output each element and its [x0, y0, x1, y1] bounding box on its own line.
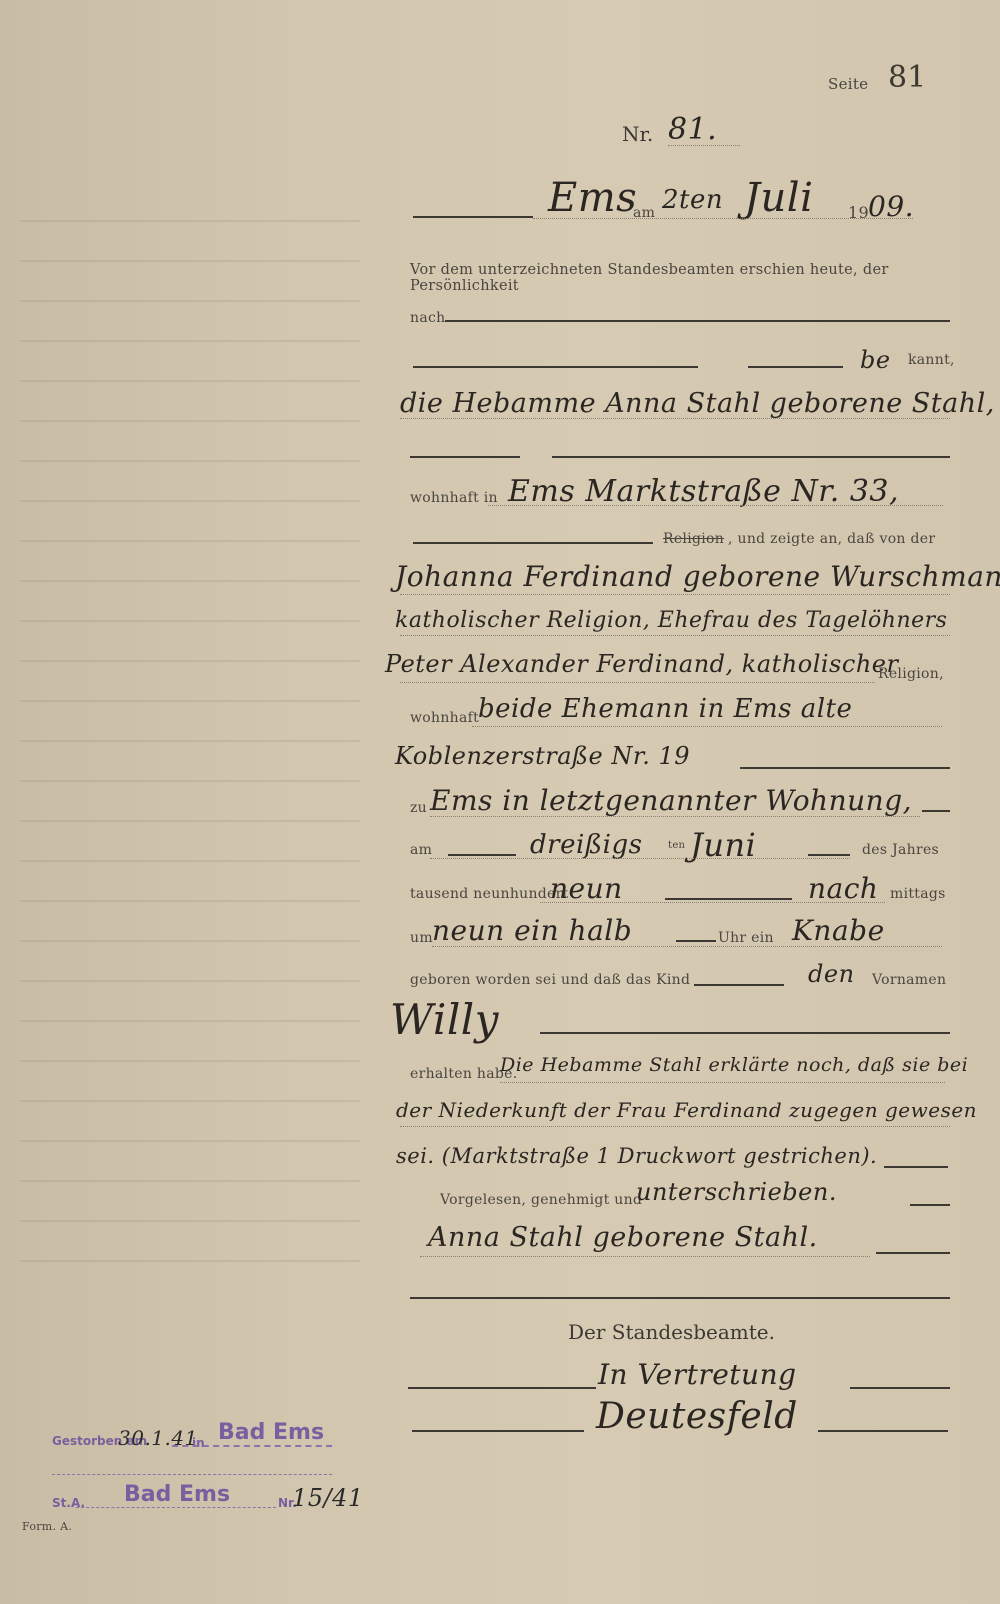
rule [552, 456, 950, 458]
declarant-residence: Ems Marktstraße Nr. 33, [508, 474, 899, 509]
rule [413, 216, 533, 218]
nr-dotted-line [668, 145, 740, 146]
declarant-signature: Anna Stahl geborene Stahl. [428, 1222, 818, 1253]
in-label: in [192, 1436, 205, 1450]
sta-place: Bad Ems [124, 1482, 230, 1507]
remarks-line-3: sei. (Marktstraße 1 Druckwort gestrichen… [396, 1144, 877, 1168]
rule [413, 542, 653, 544]
rule [410, 456, 520, 458]
unterschrieben-handwritten: unterschrieben. [636, 1178, 837, 1206]
mittags-label: mittags [890, 886, 946, 902]
stamp-line [52, 1474, 332, 1475]
stamp-line [172, 1445, 332, 1447]
registrar-signature: Deutesfeld [596, 1396, 798, 1437]
vorgelesen-text: Vorgelesen, genehmigt und [440, 1192, 642, 1208]
seite-label: Seite [828, 75, 868, 93]
dotted-line [400, 635, 950, 636]
stamp-line [76, 1507, 276, 1508]
date-dotted-line [533, 218, 913, 219]
declarant-name: die Hebamme Anna Stahl geborene Stahl, [400, 388, 995, 419]
rule [740, 767, 950, 769]
mother-residence-line-2: Koblenzerstraße Nr. 19 [395, 742, 690, 770]
dotted-line [432, 946, 942, 947]
report-text: , und zeigte an, daß von der [728, 531, 935, 547]
birth-year: neun [550, 872, 623, 905]
rule [694, 984, 784, 986]
given-name: Willy [390, 995, 499, 1044]
rule [884, 1166, 948, 1168]
mother-line-2: katholischer Religion, Ehefrau des Tagel… [395, 608, 947, 633]
dotted-line [400, 682, 875, 683]
tausend-label: tausend neunhundert [410, 886, 569, 902]
nr-label: Nr. [622, 122, 653, 146]
entry-number: 81. [668, 112, 717, 147]
rule [408, 1387, 596, 1389]
birth-place: Ems in letztgenannter Wohnung, [430, 784, 912, 817]
rule [850, 1387, 950, 1389]
religion-label: Religion, [878, 666, 944, 682]
wohnhaft-label: wohnhaft [410, 710, 479, 726]
rule [808, 854, 850, 856]
dotted-line [430, 858, 850, 859]
rule [910, 1204, 950, 1206]
death-place: Bad Ems [218, 1420, 324, 1445]
religion-struck-label: Religion [663, 531, 724, 547]
in-vertretung-handwritten: In Vertretung [598, 1358, 797, 1391]
wohnhaft-in-label: wohnhaft in [410, 490, 498, 506]
place-handwritten: Ems [548, 175, 637, 221]
dotted-line [472, 726, 942, 727]
known-label: kannt, [908, 352, 955, 368]
separator-rule [410, 1297, 950, 1299]
rule [818, 1430, 948, 1432]
month-handwritten: Juli [744, 175, 813, 221]
dotted-line [400, 418, 950, 419]
registrar-title: Der Standesbeamte. [568, 1320, 775, 1344]
register-page: Seite 81 Nr. 81. Ems am 2ten Juli 19 09.… [0, 0, 1000, 1604]
den-handwritten: den [808, 960, 855, 988]
rule [665, 898, 792, 900]
um-label: um [410, 930, 433, 946]
nach-label: nach [410, 310, 445, 326]
uhr-ein-label: Uhr ein [718, 930, 774, 946]
geboren-text: geboren worden sei und daß das Kind [410, 972, 690, 988]
rule [540, 1032, 950, 1034]
dotted-line [400, 594, 950, 595]
time-of-day: nach [808, 872, 878, 905]
dotted-line [500, 1082, 945, 1083]
remarks-line-2: der Niederkunft der Frau Ferdinand zugeg… [396, 1098, 977, 1122]
rule [748, 366, 843, 368]
intro-text: Vor dem unterzeichneten Standesbeamten e… [410, 262, 1000, 294]
dotted-line [540, 902, 885, 903]
mother-line-3: Peter Alexander Ferdinand, katholischer [385, 650, 898, 678]
birth-day: dreißigs [530, 830, 642, 860]
des-jahres-label: des Jahres [862, 842, 939, 858]
remarks-line-1: Die Hebamme Stahl erklärte noch, daß sie… [500, 1054, 968, 1076]
dotted-line [400, 1126, 950, 1127]
rule [413, 366, 698, 368]
rule [876, 1252, 950, 1254]
form-label: Form. A. [22, 1520, 72, 1533]
child-sex: Knabe [792, 914, 885, 947]
vornamen-label: Vornamen [872, 972, 946, 988]
seite-number: 81 [888, 60, 926, 95]
death-register-number: 15/41 [292, 1484, 364, 1512]
rule [445, 320, 950, 322]
year-prefix: 19 [848, 203, 869, 222]
dotted-line [430, 816, 920, 817]
day-handwritten: 2ten [662, 185, 723, 215]
am-birth-label: am [410, 842, 432, 858]
dotted-line [488, 505, 943, 506]
ten-label: ten [668, 840, 685, 851]
rule [412, 1430, 584, 1432]
mother-residence-line-1: beide Ehemann in Ems alte [478, 694, 852, 724]
dotted-line [420, 1256, 870, 1257]
zu-label: zu [410, 800, 427, 816]
bleed-through-text [20, 200, 360, 1300]
rule [922, 810, 950, 812]
mother-line-1: Johanna Ferdinand geborene Wurschmann, [395, 560, 1000, 593]
known-handwritten: be [860, 346, 891, 374]
rule [676, 940, 716, 942]
birth-hour: neun ein halb [432, 914, 632, 947]
rule [448, 854, 516, 856]
